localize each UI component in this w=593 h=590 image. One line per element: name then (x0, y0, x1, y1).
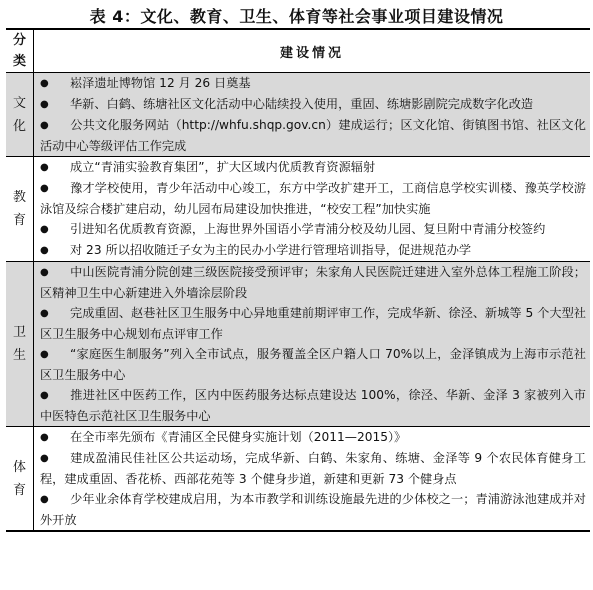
bullet-icon: ● (40, 428, 70, 448)
bullet-icon: ● (40, 158, 70, 178)
bullet-icon: ● (40, 74, 70, 94)
bullet-icon: ● (40, 386, 70, 406)
table-row-sports: 体 育 ●在全市率先颁布《青浦区全民健身实施计划（2011—2015）》 ●建成… (6, 427, 590, 532)
table-row-culture: 文 化 ●崧泽遗址博物馆 12 月 26 日奠基 ●华新、白鹤、练塘社区文化活动… (6, 73, 590, 157)
bullet-icon: ● (40, 449, 70, 469)
list-item: ●推进社区中医药工作，区内中医药服务达标点建设达 100%，徐泾、华新、金泽 3… (40, 385, 586, 426)
bullet-icon: ● (40, 345, 70, 365)
bullet-icon: ● (40, 179, 70, 199)
list-item: ●引进知名优质教育资源，上海世界外国语小学青浦分校及幼儿园、复旦附中青浦分校签约 (40, 219, 586, 240)
bullet-icon: ● (40, 263, 70, 283)
category-cell: 教 育 (6, 157, 34, 262)
items-cell: ●崧泽遗址博物馆 12 月 26 日奠基 ●华新、白鹤、练塘社区文化活动中心陆续… (34, 73, 591, 157)
bullet-icon: ● (40, 304, 70, 324)
list-item: ●少年业余体育学校建成启用，为本市教学和训练设施最先进的少体校之一；青浦游泳池建… (40, 489, 586, 530)
list-item: ●成立“青浦实验教育集团”，扩大区域内优质教育资源辐射 (40, 157, 586, 178)
list-item: ●对 23 所以招收随迁子女为主的民办小学进行管理培训指导，促进规范办学 (40, 240, 586, 261)
list-item: ●在全市率先颁布《青浦区全民健身实施计划（2011—2015）》 (40, 427, 586, 448)
category-cell: 体 育 (6, 427, 34, 532)
category-cell: 文 化 (6, 73, 34, 157)
list-item: ●豫才学校使用，青少年活动中心竣工，东方中学改扩建开工，工商信息学校实训楼、豫英… (40, 178, 586, 219)
list-item: ●公共文化服务网站（http://whfu.shqp.gov.cn）建成运行；区… (40, 115, 586, 156)
bullet-icon: ● (40, 116, 70, 136)
list-item: ●建成盈浦民佳社区公共运动场，完成华新、白鹤、朱家角、练塘、金泽等 9 个农民体… (40, 448, 586, 489)
items-cell: ●成立“青浦实验教育集团”，扩大区域内优质教育资源辐射 ●豫才学校使用，青少年活… (34, 157, 591, 262)
list-item: ●崧泽遗址博物馆 12 月 26 日奠基 (40, 73, 586, 94)
bullet-icon: ● (40, 220, 70, 240)
bullet-icon: ● (40, 95, 70, 115)
table-header-row: 分 类 建设情况 (6, 29, 590, 73)
bullet-icon: ● (40, 490, 70, 510)
list-item: ●华新、白鹤、练塘社区文化活动中心陆续投入使用，重固、练塘影剧院完成数字化改造 (40, 94, 586, 115)
list-item: ●中山医院青浦分院创建三级医院接受预评审；朱家角人民医院迁建进入室外总体工程施工… (40, 262, 586, 303)
social-projects-table: 分 类 建设情况 文 化 ●崧泽遗址博物馆 12 月 26 日奠基 ●华新、白鹤… (6, 28, 590, 532)
table-row-education: 教 育 ●成立“青浦实验教育集团”，扩大区域内优质教育资源辐射 ●豫才学校使用，… (6, 157, 590, 262)
bullet-icon: ● (40, 241, 70, 261)
table-title: 表 4：文化、教育、卫生、体育等社会事业项目建设情况 (0, 4, 593, 27)
items-cell: ●在全市率先颁布《青浦区全民健身实施计划（2011—2015）》 ●建成盈浦民佳… (34, 427, 591, 532)
list-item: ●完成重固、赵巷社区卫生服务中心异地重建前期评审工作，完成华新、徐泾、新城等 5… (40, 303, 586, 344)
header-category: 分 类 (6, 29, 34, 73)
table-row-health: 卫 生 ●中山医院青浦分院创建三级医院接受预评审；朱家角人民医院迁建进入室外总体… (6, 262, 590, 427)
header-content: 建设情况 (34, 29, 591, 73)
list-item: ●“家庭医生制服务”列入全市试点，服务覆盖全区户籍人口 70%以上，金泽镇成为上… (40, 344, 586, 385)
category-cell: 卫 生 (6, 262, 34, 427)
items-cell: ●中山医院青浦分院创建三级医院接受预评审；朱家角人民医院迁建进入室外总体工程施工… (34, 262, 591, 427)
